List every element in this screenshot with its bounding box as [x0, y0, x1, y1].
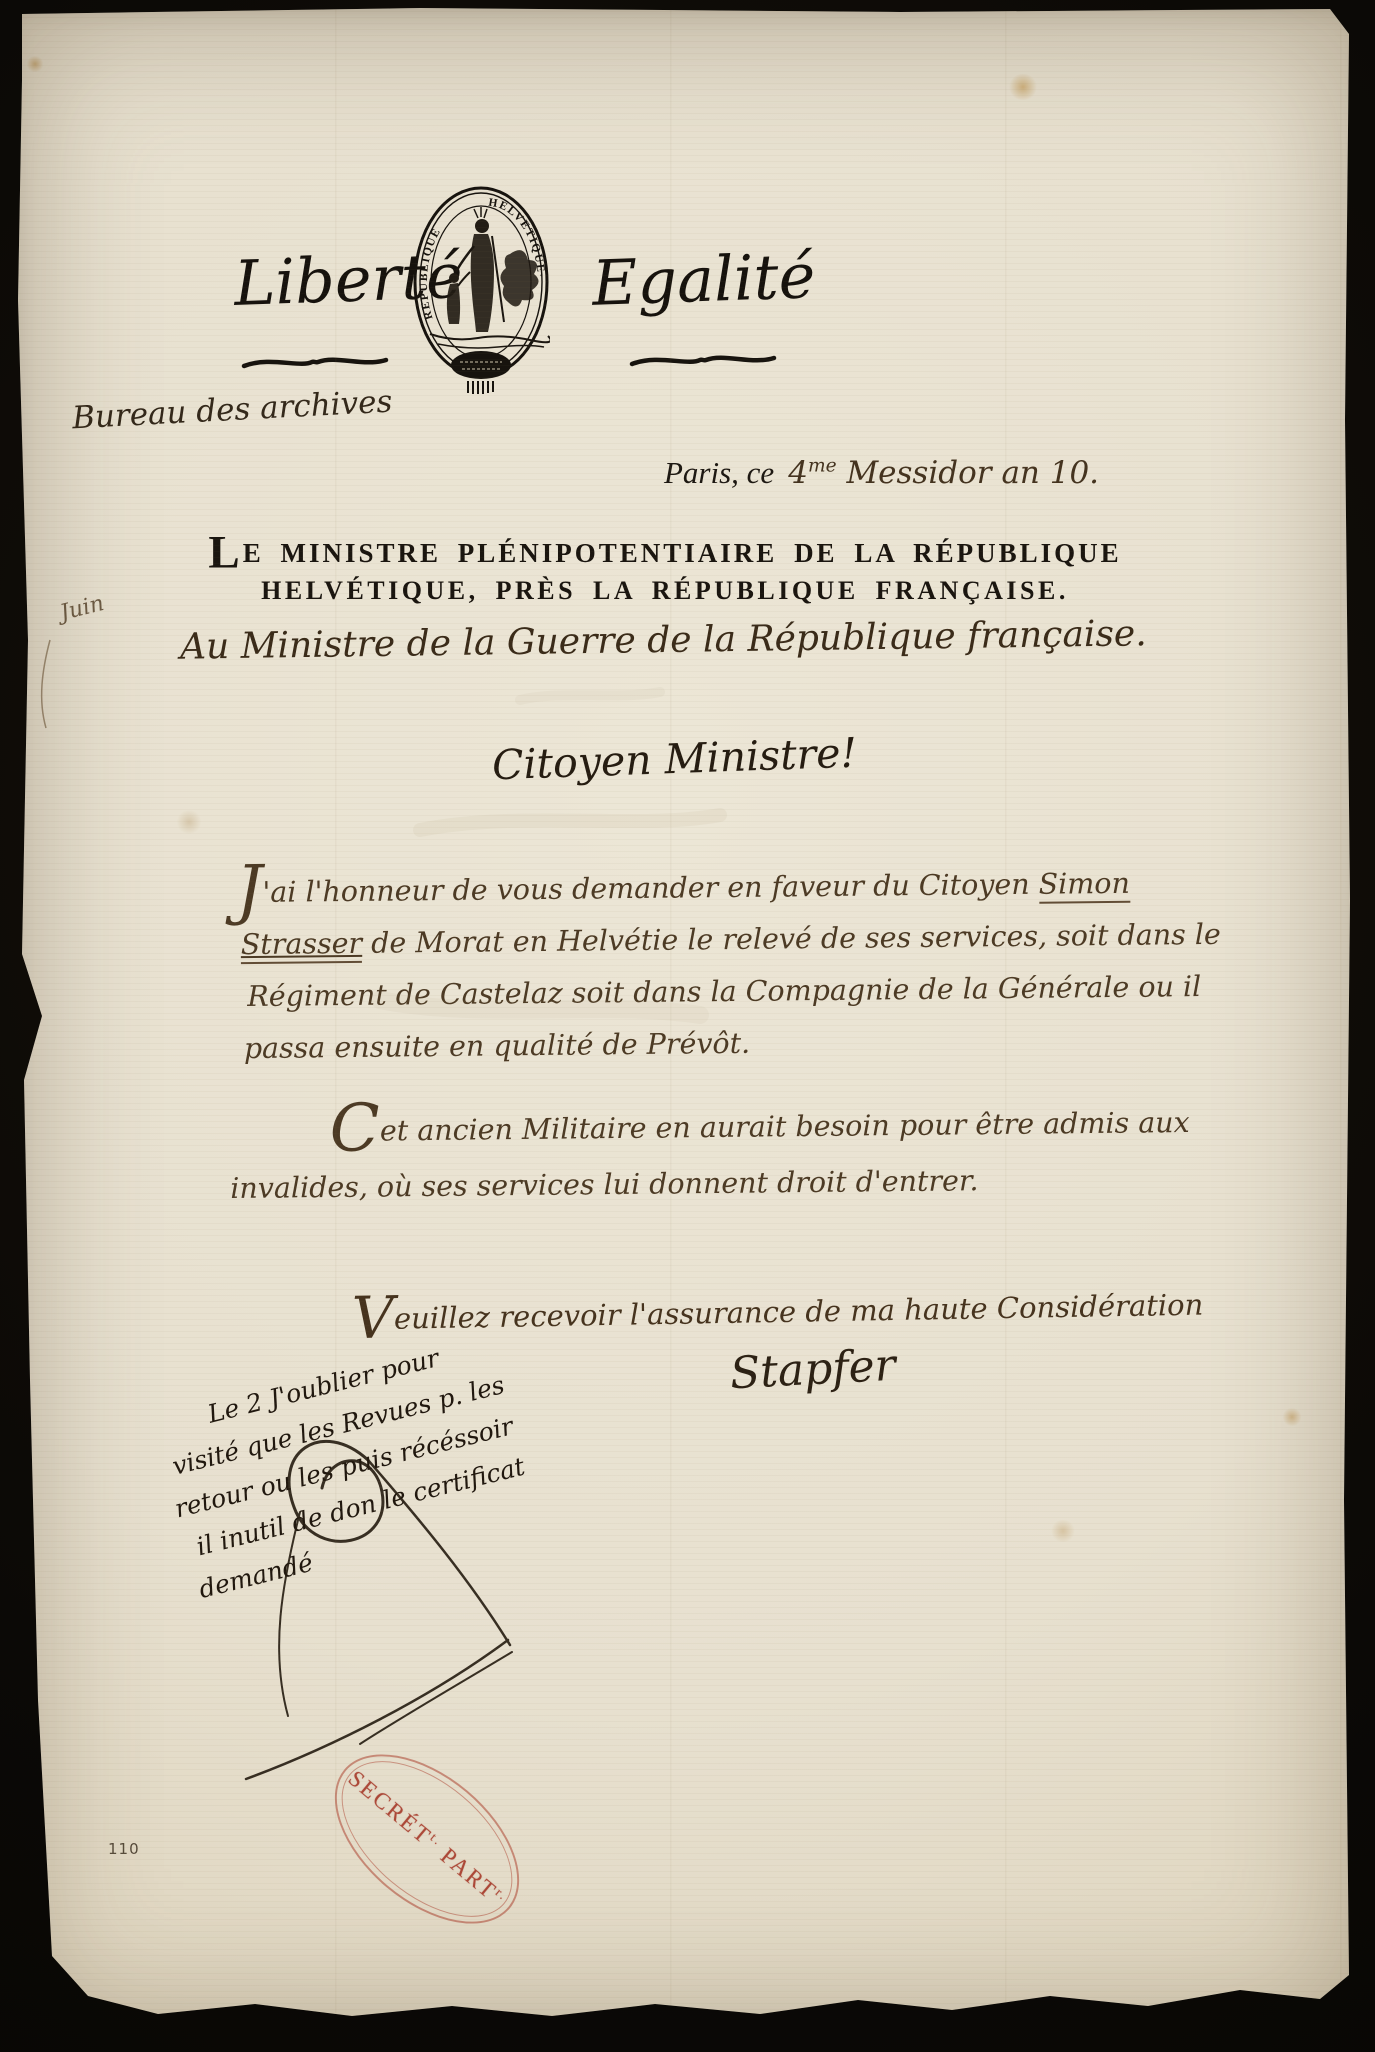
letterhead-line1-text: E MINISTRE PLÉNIPOTENTIAIRE DE LA RÉPUBL…: [243, 538, 1122, 568]
p1-line1-text: 'ai l'honneur de vous demander en faveur…: [262, 868, 1039, 909]
helvetic-republic-seal: REPUBLIQUE HELVETIQUE·: [412, 182, 550, 397]
letterhead-line1: LE MINISTRE PLÉNIPOTENTIAIRE DE LA RÉPUB…: [185, 538, 1145, 569]
foxing-stain: [26, 56, 44, 72]
stamp-word2: PART: [436, 1843, 502, 1904]
margin-pen-stroke: [42, 640, 50, 728]
p2-line1: Cet ancien Militaire en aurait besoin po…: [329, 1095, 1190, 1160]
body-paragraph-2: Cet ancien Militaire en aurait besoin po…: [229, 1095, 1190, 1217]
p1-initial: J: [236, 852, 263, 928]
closing-initial: V: [351, 1283, 394, 1352]
stapfer-signature: Stapfer: [729, 1340, 897, 1400]
salutation: Citoyen Ministre!: [491, 729, 857, 790]
bureau-des-archives-line: Bureau des archives: [71, 384, 393, 437]
p1-line3: Régiment de Castelaz soit dans la Compag…: [247, 961, 1222, 1023]
dateline-ordinal: me: [808, 456, 837, 477]
printed-letterhead: LE MINISTRE PLÉNIPOTENTIAIRE DE LA RÉPUB…: [185, 538, 1145, 606]
margin-note: Juin: [58, 591, 107, 626]
seal-cartouche: [451, 351, 511, 394]
letterhead-line2: HELVÉTIQUE, PRÈS LA RÉPUBLIQUE FRANÇAISE…: [185, 576, 1145, 606]
p2-line2: invalides, où ses services lui donnent d…: [230, 1151, 1191, 1217]
stamp-sup2: r.: [493, 1885, 511, 1903]
egalite-flourish-underline: [628, 350, 778, 372]
dateline-month-year: Messidor an 10.: [846, 455, 1099, 491]
dateline-printed-place: Paris, ce: [664, 455, 774, 490]
secretary-annotation: Le 2 J'oublier pour visité que les Revue…: [150, 1324, 540, 1612]
dateline-day: 4: [788, 455, 808, 491]
liberte-flourish-underline: [240, 352, 390, 374]
letter-paper: Liberté Egalité REPUBLIQUE HELVETIQUE·: [0, 0, 1375, 2052]
stamp-text: SECRÉTt. PARTr.: [343, 1766, 511, 1913]
stamp-sup1: t.: [428, 1830, 446, 1848]
foxing-stain: [176, 810, 202, 834]
p2-initial: C: [329, 1090, 380, 1167]
closing-text: euillez recevoir l'assurance de ma haute…: [394, 1288, 1204, 1336]
letterhead-initial: L: [208, 527, 242, 579]
body-paragraph-1: J'ai l'honneur de vous demander en faveu…: [236, 857, 1222, 1075]
archive-page-number: 110: [108, 1840, 140, 1858]
stamp-word1: SECRÉT: [344, 1766, 437, 1850]
p2-line1-text: et ancien Militaire en aurait besoin pou…: [380, 1106, 1190, 1147]
foxing-stain: [1008, 74, 1038, 100]
egalite-heading: Egalité: [591, 239, 817, 320]
p1-underlined-simon: Simon: [1039, 867, 1131, 904]
dateline: Paris, ce4me Messidor an 10.: [664, 455, 1099, 491]
p1-underlined-strasser: Strasser: [241, 927, 363, 964]
address-line: Au Ministre de la Guerre de la Républiqu…: [180, 613, 1147, 667]
p1-line2-text: de Morat en Helvétie le relevé de ses se…: [362, 918, 1221, 960]
foxing-stain: [1282, 1408, 1302, 1426]
foxing-stain: [1050, 1520, 1076, 1542]
p1-line4: passa ensuite en qualité de Prévôt.: [244, 1013, 1223, 1075]
secretariat-stamp: SECRÉTt. PARTr.: [304, 1721, 550, 1956]
